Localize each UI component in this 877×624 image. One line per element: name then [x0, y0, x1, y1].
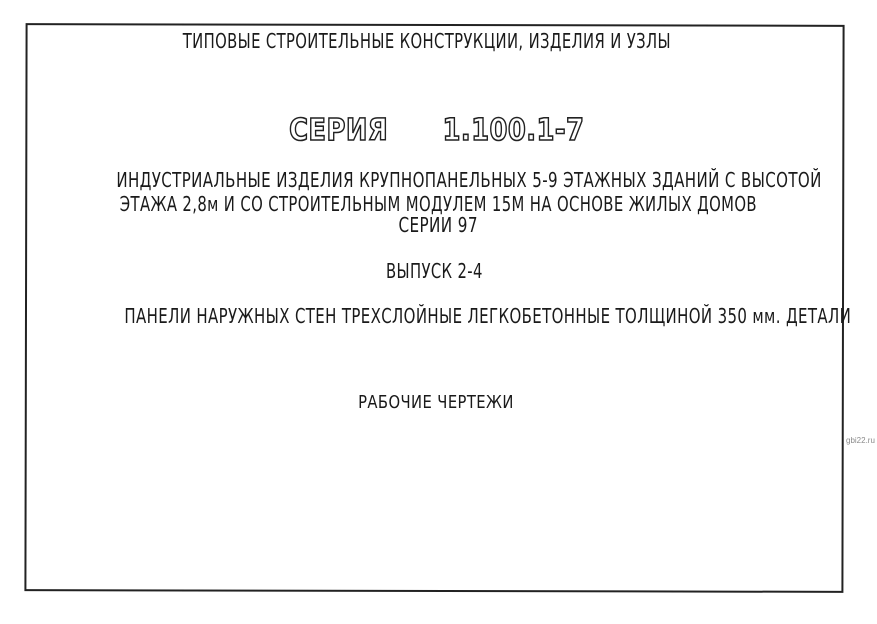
series-title: СЕРИЯ1.100.1-7 [0, 113, 877, 148]
subject-title-text: ПАНЕЛИ НАРУЖНЫХ СТЕН ТРЕХСЛОЙНЫЕ ЛЕГКОБЕ… [124, 304, 851, 328]
header-title-text: ТИПОВЫЕ СТРОИТЕЛЬНЫЕ КОНСТРУКЦИИ, ИЗДЕЛИ… [182, 29, 670, 53]
description-line-3: СЕРИИ 97 [0, 213, 877, 237]
series-label: СЕРИЯ [289, 113, 388, 148]
description-line-1: ИНДУСТРИАЛЬНЫЕ ИЗДЕЛИЯ КРУПНОПАНЕЛЬНЫХ 5… [0, 168, 877, 192]
subject-title: ПАНЕЛИ НАРУЖНЫХ СТЕН ТРЕХСЛОЙНЫЕ ЛЕГКОБЕ… [2, 304, 877, 328]
watermark: gbi22.ru [846, 436, 875, 445]
issue-number: ВЫПУСК 2-4 [0, 259, 873, 283]
description-line-1-text: ИНДУСТРИАЛЬНЫЕ ИЗДЕЛИЯ КРУПНОПАНЕЛЬНЫХ 5… [116, 168, 821, 192]
issue-number-text: ВЫПУСК 2-4 [386, 259, 483, 283]
series-number: 1.100.1-7 [442, 113, 584, 148]
document-type: РАБОЧИЕ ЧЕРТЕЖИ [0, 392, 874, 413]
description-line-3-text: СЕРИИ 97 [399, 213, 478, 237]
document-type-text: РАБОЧИЕ ЧЕРТЕЖИ [358, 392, 514, 413]
header-title: ТИПОВЫЕ СТРОИТЕЛЬНЫЕ КОНСТРУКЦИИ, ИЗДЕЛИ… [0, 29, 865, 53]
